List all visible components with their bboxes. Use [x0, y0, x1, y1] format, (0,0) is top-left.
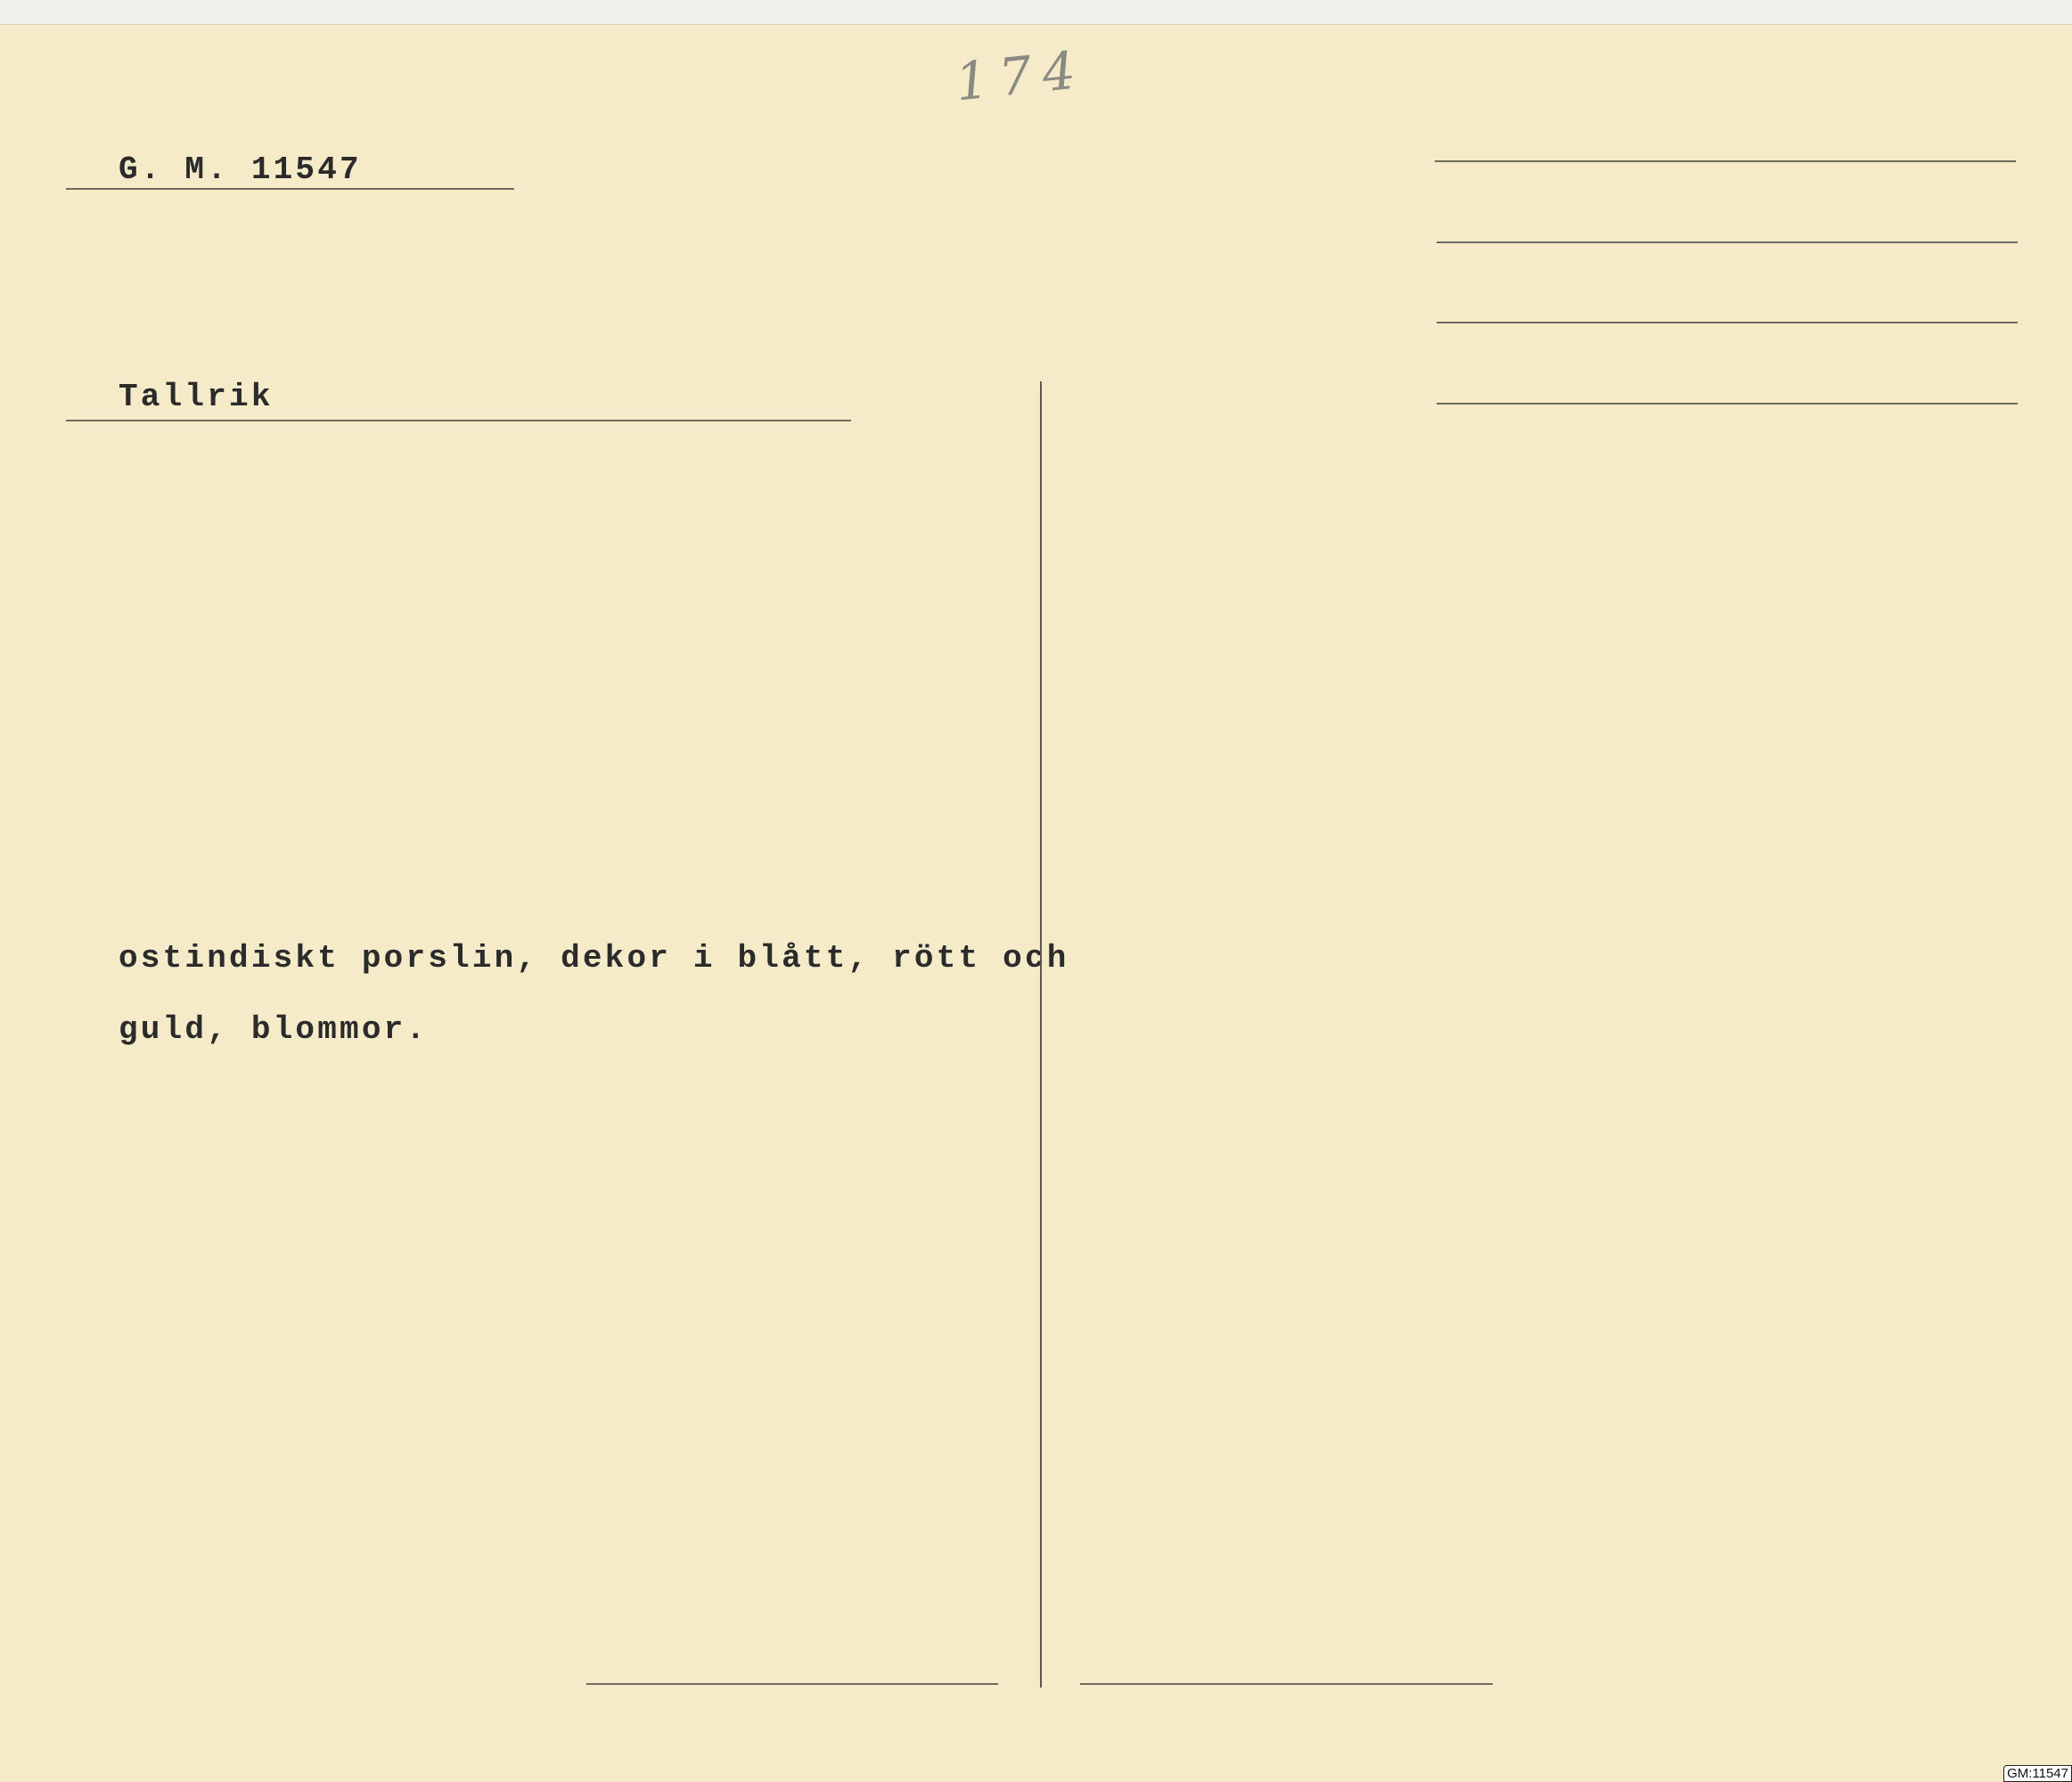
object-name-underline [66, 420, 851, 421]
description-line-2: guld, blommor. [119, 1014, 428, 1046]
right-rule-4 [1437, 403, 2018, 405]
right-rule-3 [1437, 322, 2018, 323]
bottom-left-rule [586, 1683, 998, 1685]
inventory-number: G. M. 11547 [119, 154, 362, 186]
bottom-right-rule [1080, 1683, 1493, 1685]
inventory-number-underline [66, 188, 514, 190]
catalog-card: 174 G. M. 11547 Tallrik ostindiskt porsl… [0, 24, 2072, 1782]
handwritten-number: 174 [953, 43, 1088, 108]
right-rule-1 [1435, 160, 2016, 162]
object-name: Tallrik [119, 381, 274, 413]
description-line-1: ostindiskt porslin, dekor i blått, rött … [119, 943, 1069, 975]
archive-stamp: GM:11547 [2003, 1765, 2072, 1782]
right-rule-2 [1437, 241, 2018, 243]
column-divider [1040, 381, 1042, 1688]
